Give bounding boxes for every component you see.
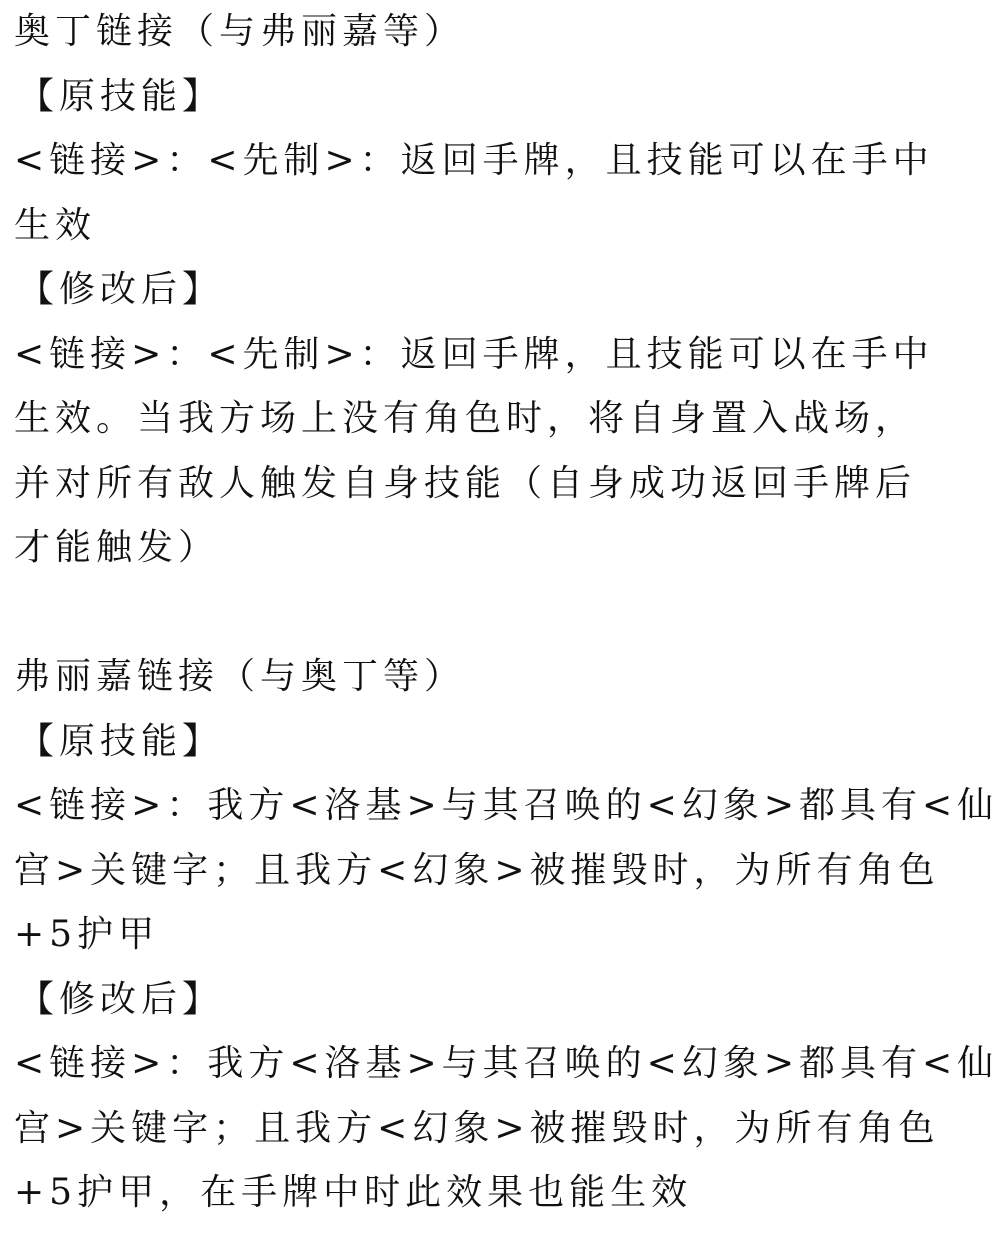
modified-skill-line: +5护甲，在手牌中时此效果也能生效 [14, 1161, 995, 1226]
document-body: 奥丁链接（与弗丽嘉等） 【原技能】 <链接>：<先制>：返回手牌，且技能可以在手… [0, 0, 995, 1226]
section-frigg-link: 弗丽嘉链接（与奥丁等） 【原技能】 <链接>：我方<洛基>与其召唤的<幻象>都具… [14, 645, 995, 1226]
modified-skill-line: 才能触发） [14, 516, 995, 581]
modified-skill-label: 【修改后】 [18, 258, 995, 323]
original-skill-line: 生效 [14, 194, 995, 259]
modified-skill-line: 宫>关键字；且我方<幻象>被摧毁时，为所有角色 [14, 1097, 995, 1162]
original-skill-label: 【原技能】 [18, 710, 995, 775]
blank-line [14, 581, 995, 646]
modified-skill-line: <链接>：<先制>：返回手牌，且技能可以在手中 [14, 323, 995, 388]
original-skill-line: <链接>：我方<洛基>与其召唤的<幻象>都具有<仙 [14, 774, 995, 839]
modified-skill-line: 并对所有敌人触发自身技能（自身成功返回手牌后 [14, 452, 995, 517]
modified-skill-line: <链接>：我方<洛基>与其召唤的<幻象>都具有<仙 [14, 1032, 995, 1097]
modified-skill-line: 生效。当我方场上没有角色时，将自身置入战场， [14, 387, 995, 452]
section-title: 弗丽嘉链接（与奥丁等） [14, 645, 995, 710]
original-skill-label: 【原技能】 [18, 65, 995, 130]
original-skill-line: <链接>：<先制>：返回手牌，且技能可以在手中 [14, 129, 995, 194]
original-skill-line: +5护甲 [14, 903, 995, 968]
modified-skill-label: 【修改后】 [18, 968, 995, 1033]
section-title: 奥丁链接（与弗丽嘉等） [14, 0, 995, 65]
section-odin-link: 奥丁链接（与弗丽嘉等） 【原技能】 <链接>：<先制>：返回手牌，且技能可以在手… [14, 0, 995, 581]
original-skill-line: 宫>关键字；且我方<幻象>被摧毁时，为所有角色 [14, 839, 995, 904]
